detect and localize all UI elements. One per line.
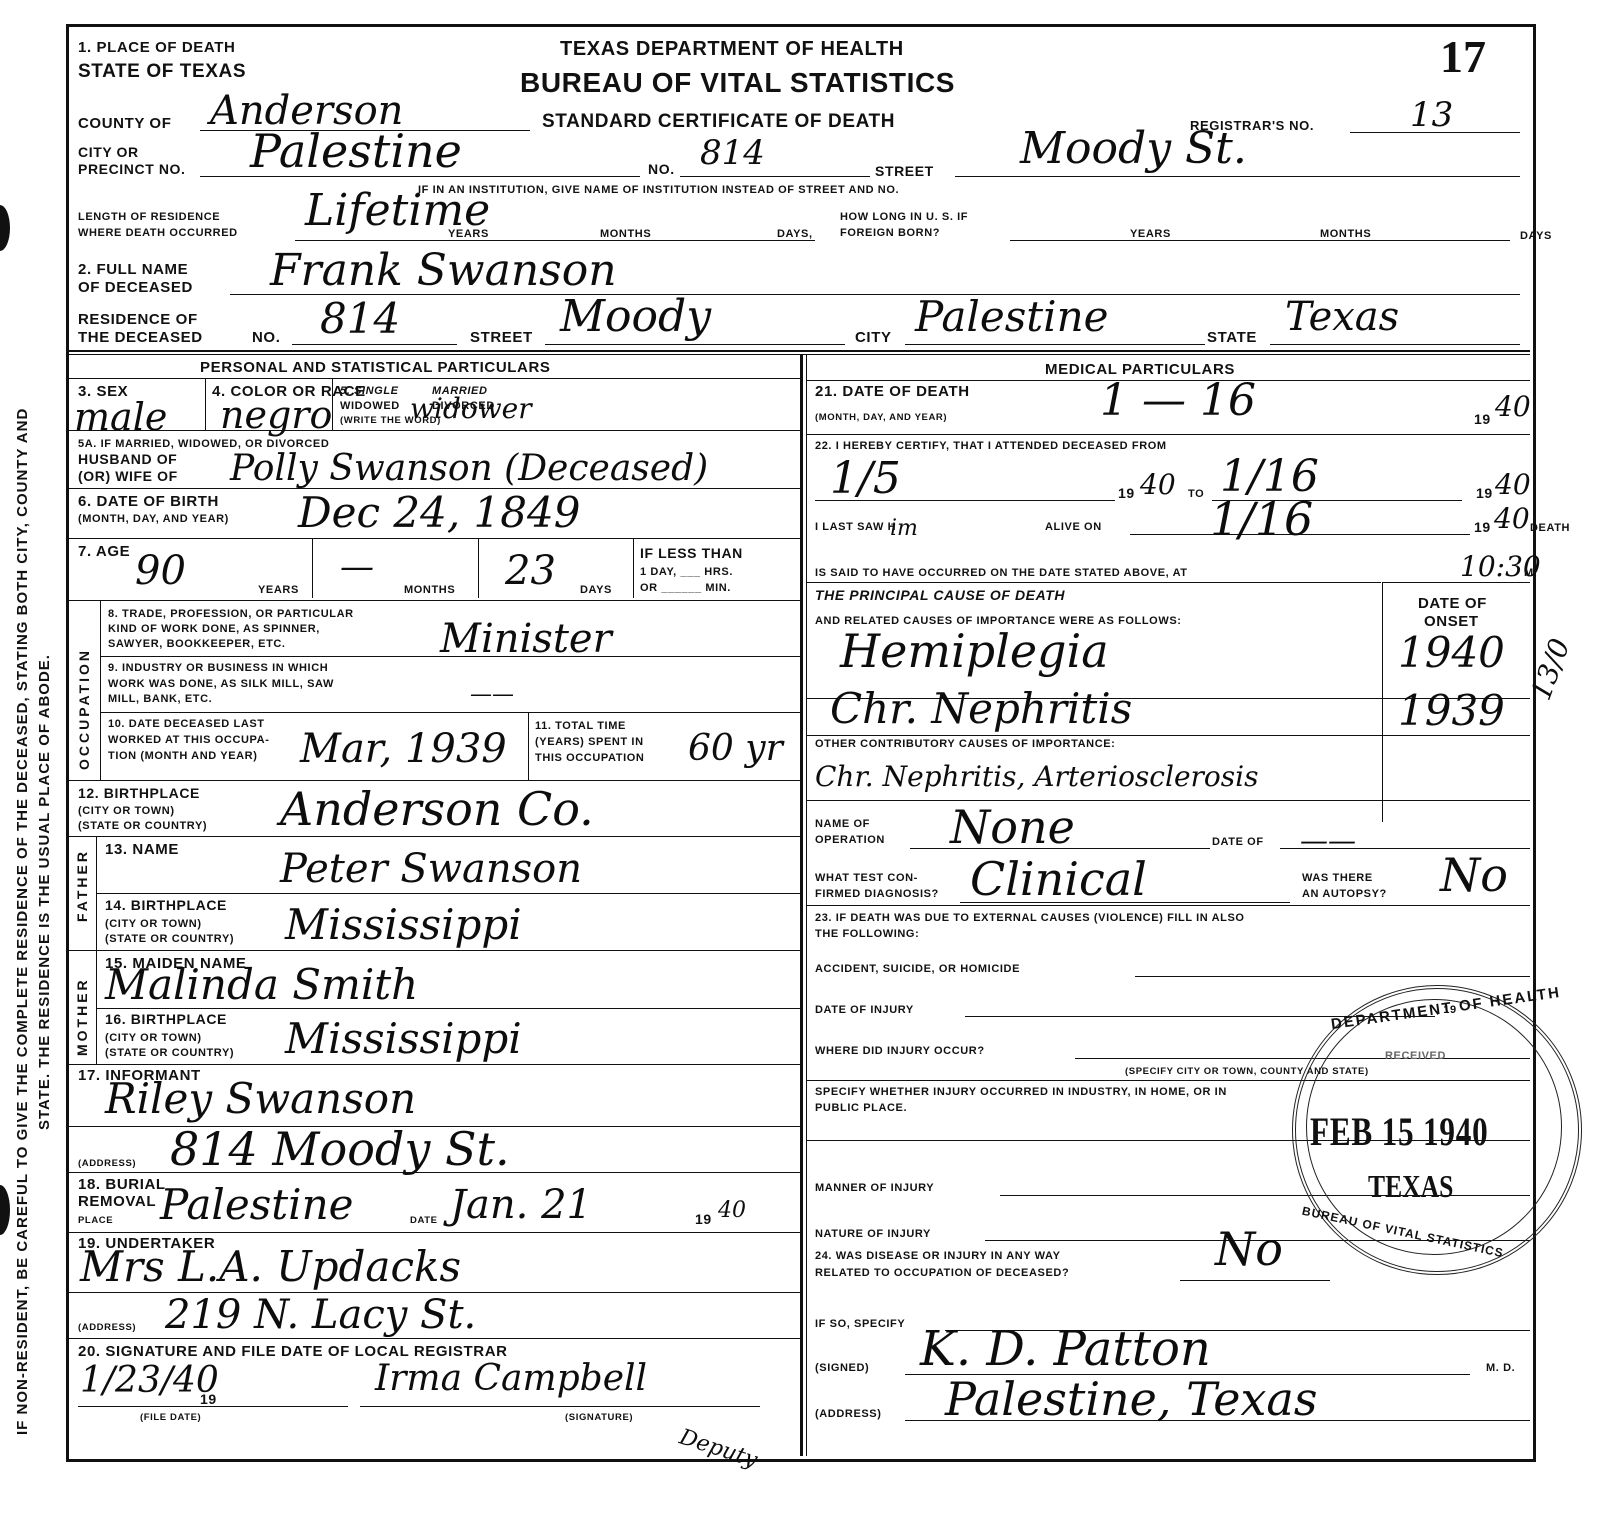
operation-value: None — [950, 808, 1075, 846]
mother-maiden-value: Malinda Smith — [105, 966, 418, 1004]
total-time-value: 60 yr — [688, 730, 783, 768]
burial-year-prefix: 19 — [695, 1212, 712, 1227]
last-saw-pronoun: im — [890, 510, 918, 548]
father-name-value: Peter Swanson — [280, 850, 582, 888]
test-label-1: WHAT TEST CON- — [815, 872, 918, 885]
undertaker-address-underline — [69, 1338, 800, 1339]
onset-column-divider — [1382, 582, 1383, 822]
residence-length-label-2: WHERE DEATH OCCURRED — [78, 227, 238, 240]
trade-label-2: KIND OF WORK DONE, AS SPINNER, — [108, 623, 320, 636]
birthplace-label-2: (CITY OR TOWN) — [78, 805, 175, 818]
operation-date-value: —— — [1300, 822, 1356, 860]
city-label-2: PRECINCT NO. — [78, 162, 186, 177]
age-days-label: DAYS — [580, 584, 612, 597]
father-side-label: FATHER — [74, 849, 90, 922]
test-underline — [806, 905, 1530, 906]
undertaker-value: Mrs L.A. Updacks — [80, 1248, 461, 1286]
last-saw-date-value: 1/16 — [1210, 500, 1313, 538]
injury-date-label: DATE OF INJURY — [815, 1004, 914, 1017]
to-label: TO — [1188, 488, 1204, 501]
place-of-death-label: 1. PLACE OF DEATH — [78, 40, 235, 55]
residence-street-value: Moody — [560, 298, 711, 336]
residence-city-line — [905, 344, 1205, 345]
sex-race-divider — [205, 378, 206, 430]
informant-address-underline — [69, 1172, 800, 1173]
last-worked-label-2: WORKED AT THIS OCCUPA- — [108, 734, 270, 747]
county-label: COUNTY OF — [78, 116, 171, 131]
last-worked-label-1: 10. DATE DECEASED LAST — [108, 718, 265, 731]
stamp-received-text: RECEIVED — [1385, 1050, 1446, 1063]
age-years-label: YEARS — [258, 584, 299, 597]
dod-year-value: 40 — [1495, 388, 1531, 426]
last-saw-year-prefix: 19 — [1474, 520, 1491, 535]
birthplace-value: Anderson Co. — [280, 790, 594, 828]
industry-underline — [100, 712, 800, 713]
father-underline — [69, 950, 800, 951]
column-divider — [800, 354, 803, 1456]
row-3-underline — [69, 430, 800, 431]
age-days-value: 23 — [505, 552, 556, 590]
spouse-value: Polly Swanson (Deceased) — [230, 450, 708, 488]
attended-from-year-prefix: 19 — [1118, 486, 1135, 501]
cause-2-underline — [806, 735, 1530, 736]
occurred-underline — [806, 582, 1381, 583]
age-divider-1 — [312, 538, 313, 598]
onset-label-1: DATE OF — [1418, 596, 1487, 611]
marital-status-value: widower — [410, 390, 532, 428]
us-months-label: MONTHS — [1320, 228, 1371, 241]
residence-label-1: RESIDENCE OF — [78, 312, 198, 327]
father-name-underline — [96, 893, 800, 894]
race-marital-divider — [332, 378, 333, 430]
mother-underline — [69, 1064, 800, 1065]
burial-date-value: Jan. 21 — [450, 1186, 592, 1224]
trade-label-1: 8. TRADE, PROFESSION, OR PARTICULAR — [108, 608, 354, 621]
state-of-texas-label: STATE OF TEXAS — [78, 62, 246, 82]
file-date-label: (FILE DATE) — [140, 1412, 201, 1423]
occurred-label: IS SAID TO HAVE OCCURRED ON THE DATE STA… — [815, 567, 1188, 580]
institution-note: IF IN AN INSTITUTION, GIVE NAME OF INSTI… — [418, 184, 899, 197]
test-label-2: FIRMED DIAGNOSIS? — [815, 888, 939, 901]
informant-value: Riley Swanson — [105, 1080, 416, 1118]
residence-city-value: Palestine — [915, 298, 1108, 336]
cause-1-onset: 1940 — [1398, 634, 1505, 672]
cause-2-value: Chr. Nephritis — [830, 690, 1132, 728]
registrar-signature-label-small: (SIGNATURE) — [565, 1412, 633, 1423]
burial-place-value: Palestine — [160, 1186, 353, 1224]
nature-label: NATURE OF INJURY — [815, 1228, 931, 1241]
occupation-related-label-2: RELATED TO OCCUPATION OF DECEASED? — [815, 1267, 1069, 1280]
burial-label-2: REMOVAL — [78, 1194, 156, 1209]
industry-label-2: WORK WAS DONE, AS SILK MILL, SAW — [108, 678, 334, 691]
attended-from-year-value: 40 — [1140, 466, 1176, 504]
age-divider-2 — [478, 538, 479, 598]
residence-length-value: Lifetime — [305, 192, 490, 230]
contributory-label: OTHER CONTRIBUTORY CAUSES OF IMPORTANCE: — [815, 738, 1115, 751]
mother-side-divider — [96, 950, 97, 1064]
industry-label-3: MILL, BANK, ETC. — [108, 693, 212, 706]
attended-from-line — [815, 500, 1115, 501]
age-years-value: 90 — [135, 552, 186, 590]
full-name-label-1: 2. FULL NAME — [78, 262, 188, 277]
age-months-value: — — [340, 548, 374, 586]
age-label: 7. AGE — [78, 544, 130, 559]
dod-label-2: (MONTH, DAY, AND YEAR) — [815, 412, 947, 423]
attended-from-value: 1/5 — [830, 460, 901, 498]
physician-signature: K. D. Patton — [920, 1330, 1211, 1368]
attended-to-value: 1/16 — [1220, 458, 1319, 496]
physician-address-value: Palestine, Texas — [945, 1380, 1317, 1418]
registrar-signature-value: Irma Campbell — [375, 1360, 647, 1398]
mother-birthplace-label-2: (CITY OR TOWN) — [105, 1032, 202, 1045]
occupation-related-value: No — [1215, 1230, 1283, 1268]
certificate-number: 17 — [1440, 30, 1486, 83]
certify-label: 22. I HEREBY CERTIFY, THAT I ATTENDED DE… — [815, 440, 1167, 453]
industry-label-1: 9. INDUSTRY OR BUSINESS IN WHICH — [108, 662, 328, 675]
death-label: DEATH — [1530, 522, 1570, 535]
informant-address-value: 814 Moody St. — [170, 1130, 510, 1168]
street-no-line — [680, 176, 870, 177]
us-line — [1010, 240, 1510, 241]
punch-hole-bottom — [0, 1185, 10, 1235]
punch-hole-top — [0, 205, 10, 251]
father-birthplace-label-3: (STATE OR COUNTRY) — [105, 933, 234, 946]
section-divider-top — [69, 350, 1530, 352]
external-label-2: THE FOLLOWING: — [815, 928, 919, 941]
father-birthplace-label-2: (CITY OR TOWN) — [105, 918, 202, 931]
years-label: YEARS — [448, 228, 489, 241]
less-than-label-1: IF LESS THAN — [640, 546, 743, 561]
burial-year-value: 40 — [718, 1192, 746, 1230]
spouse-label-2: HUSBAND OF — [78, 452, 177, 467]
dob-label-1: 6. DATE OF BIRTH — [78, 494, 219, 509]
total-time-label-1: 11. TOTAL TIME — [535, 720, 626, 733]
stamp-state: TEXAS — [1368, 1168, 1453, 1205]
marital-label-single: 5. SINGLE — [340, 385, 399, 398]
stamp-date: FEB 15 1940 — [1310, 1108, 1488, 1155]
bureau-title: BUREAU OF VITAL STATISTICS — [520, 68, 955, 98]
informant-address-label: (ADDRESS) — [78, 1158, 136, 1169]
personal-section-title: PERSONAL AND STATISTICAL PARTICULARS — [200, 360, 551, 375]
less-than-label-3: OR ______ MIN. — [640, 582, 731, 595]
occupation-related-line — [1180, 1280, 1330, 1281]
street-no-label: NO. — [648, 162, 675, 177]
occupation-underline — [69, 780, 800, 781]
side-instructions-line1: IF NON-RESIDENT, BE CAREFUL TO GIVE THE … — [14, 408, 32, 1435]
residence-length-label-1: LENGTH OF RESIDENCE — [78, 211, 220, 224]
marital-label-widowed: WIDOWED — [340, 400, 400, 413]
age-months-label: MONTHS — [404, 584, 455, 597]
injury-where-label: WHERE DID INJURY OCCUR? — [815, 1045, 985, 1058]
street-value: Moody St. — [1020, 130, 1247, 168]
specify-label-2: PUBLIC PLACE. — [815, 1102, 907, 1115]
city-value: Palestine — [250, 132, 462, 170]
spouse-label-3: (OR) WIFE OF — [78, 469, 178, 484]
last-saw-year-value: 40 — [1494, 500, 1530, 538]
residence-state-line — [1270, 344, 1520, 345]
occupation-side-label: OCCUPATION — [76, 648, 92, 770]
md-label: M. D. — [1486, 1362, 1515, 1375]
days-label: DAYS, — [777, 228, 813, 241]
age-underline — [69, 600, 800, 601]
onset-top-line — [1382, 582, 1530, 583]
industry-value: —— — [470, 676, 514, 714]
trade-underline — [100, 656, 800, 657]
residence-label-2: THE DECEASED — [78, 330, 203, 345]
principal-cause-label-1: THE PRINCIPAL CAUSE OF DEATH — [815, 588, 1065, 603]
accident-label: ACCIDENT, SUICIDE, OR HOMICIDE — [815, 963, 1020, 976]
occupation-side-divider — [100, 600, 101, 780]
dob-label-2: (MONTH, DAY, AND YEAR) — [78, 514, 229, 525]
street-label: STREET — [875, 164, 934, 179]
signed-label: (SIGNED) — [815, 1362, 869, 1375]
accident-line — [1135, 976, 1530, 977]
city-label-1: CITY OR — [78, 145, 139, 160]
dob-value: Dec 24, 1849 — [298, 494, 580, 532]
residence-state-value: Texas — [1285, 298, 1399, 336]
cause-1-value: Hemiplegia — [840, 632, 1109, 670]
dod-label-1: 21. DATE OF DEATH — [815, 384, 970, 399]
autopsy-label-2: AN AUTOPSY? — [1302, 888, 1387, 901]
dob-underline — [69, 538, 800, 539]
mother-birthplace-value: Mississippi — [285, 1020, 522, 1058]
file-date-year-prefix: 19 — [200, 1392, 217, 1407]
department-title: TEXAS DEPARTMENT OF HEALTH — [560, 38, 904, 60]
registrar-no-value: 13 — [1410, 96, 1453, 134]
operation-label-2: OPERATION — [815, 834, 885, 847]
file-date-line — [78, 1406, 348, 1407]
undertaker-address-label: (ADDRESS) — [78, 1322, 136, 1333]
birthplace-underline — [69, 836, 800, 837]
dod-value: 1 — 16 — [1100, 382, 1256, 420]
us-label-2: FOREIGN BORN? — [840, 227, 940, 240]
street-no-value: 814 — [700, 134, 765, 172]
street-line — [955, 176, 1520, 177]
onset-label-2: ONSET — [1424, 614, 1479, 629]
birthplace-label-1: 12. BIRTHPLACE — [78, 786, 200, 801]
last-worked-divider — [528, 712, 529, 780]
months-label: MONTHS — [600, 228, 651, 241]
contributory-underline — [806, 800, 1530, 801]
residence-city-label: CITY — [855, 330, 892, 345]
attended-to-year-value: 40 — [1495, 466, 1531, 504]
full-name-value: Frank Swanson — [270, 252, 617, 290]
father-name-label: 13. NAME — [105, 842, 179, 857]
trade-value: Minister — [440, 620, 612, 658]
burial-label-1: 18. BURIAL — [78, 1177, 166, 1192]
operation-date-label: DATE OF — [1212, 836, 1264, 849]
father-birthplace-value: Mississippi — [285, 906, 522, 944]
mother-maiden-underline — [96, 1008, 800, 1009]
residence-no-line — [292, 344, 457, 345]
physician-address-label: (ADDRESS) — [815, 1408, 882, 1421]
race-value: negro — [220, 396, 332, 434]
registrar-signature-label: 20. SIGNATURE AND FILE DATE OF LOCAL REG… — [78, 1344, 508, 1359]
certificate-title: STANDARD CERTIFICATE OF DEATH — [542, 112, 895, 132]
residence-no-value: 814 — [320, 300, 400, 338]
autopsy-label-1: WAS THERE — [1302, 872, 1373, 885]
mother-birthplace-label-1: 16. BIRTHPLACE — [105, 1012, 227, 1027]
file-date-value: 1/23/40 — [80, 1362, 219, 1400]
last-worked-label-3: TION (MONTH AND YEAR) — [108, 750, 257, 763]
total-time-label-3: THIS OCCUPATION — [535, 752, 644, 765]
undertaker-address-value: 219 N. Lacy St. — [165, 1296, 476, 1334]
autopsy-value: No — [1440, 856, 1508, 894]
test-value: Clinical — [970, 860, 1147, 898]
us-label-1: HOW LONG IN U. S. IF — [840, 211, 968, 224]
personal-title-underline — [69, 378, 800, 379]
time-suffix-label: M. — [1524, 567, 1537, 580]
operation-label-1: NAME OF — [815, 818, 870, 831]
age-divider-3 — [633, 538, 634, 598]
residence-state-label: STATE — [1207, 330, 1257, 345]
residence-length-line — [295, 240, 815, 241]
alive-on-label: ALIVE ON — [1045, 521, 1102, 534]
external-label-1: 23. IF DEATH WAS DUE TO EXTERNAL CAUSES … — [815, 912, 1245, 925]
manner-label: MANNER OF INJURY — [815, 1182, 934, 1195]
specify-label-1: SPECIFY WHETHER INJURY OCCURRED IN INDUS… — [815, 1086, 1227, 1099]
last-saw-label: I LAST SAW H — [815, 521, 896, 534]
trade-label-3: SAWYER, BOOKKEEPER, ETC. — [108, 638, 286, 651]
attended-to-year-prefix: 19 — [1476, 486, 1493, 501]
last-worked-value: Mar, 1939 — [300, 730, 507, 768]
father-birthplace-label-1: 14. BIRTHPLACE — [105, 898, 227, 913]
residence-street-line — [545, 344, 845, 345]
us-years-label: YEARS — [1130, 228, 1171, 241]
residence-no-label: NO. — [252, 330, 280, 345]
burial-date-label: DATE — [410, 1215, 438, 1226]
dod-year-prefix: 19 — [1474, 412, 1491, 427]
birthplace-label-3: (STATE OR COUNTRY) — [78, 820, 207, 833]
occupation-related-label-1: 24. WAS DISEASE OR INJURY IN ANY WAY — [815, 1250, 1061, 1263]
full-name-label-2: OF DECEASED — [78, 280, 193, 295]
less-than-label-2: 1 DAY, ___ HRS. — [640, 566, 733, 579]
burial-label-3: PLACE — [78, 1215, 113, 1226]
dod-underline — [806, 434, 1530, 435]
if-so-label: IF SO, SPECIFY — [815, 1318, 905, 1331]
registrar-signature-line — [360, 1406, 760, 1407]
mother-birthplace-label-3: (STATE OR COUNTRY) — [105, 1047, 234, 1060]
total-time-label-2: (YEARS) SPENT IN — [535, 736, 644, 749]
side-instructions-line2: STATE. THE RESIDENCE IS THE USUAL PLACE … — [36, 654, 54, 1130]
cause-2-onset: 1939 — [1398, 692, 1505, 730]
mother-side-label: MOTHER — [74, 977, 90, 1056]
burial-underline — [69, 1232, 800, 1233]
us-days-label: DAYS — [1520, 230, 1552, 243]
contributory-value: Chr. Nephritis, Arteriosclerosis — [815, 758, 1258, 796]
residence-street-label: STREET — [470, 330, 533, 345]
